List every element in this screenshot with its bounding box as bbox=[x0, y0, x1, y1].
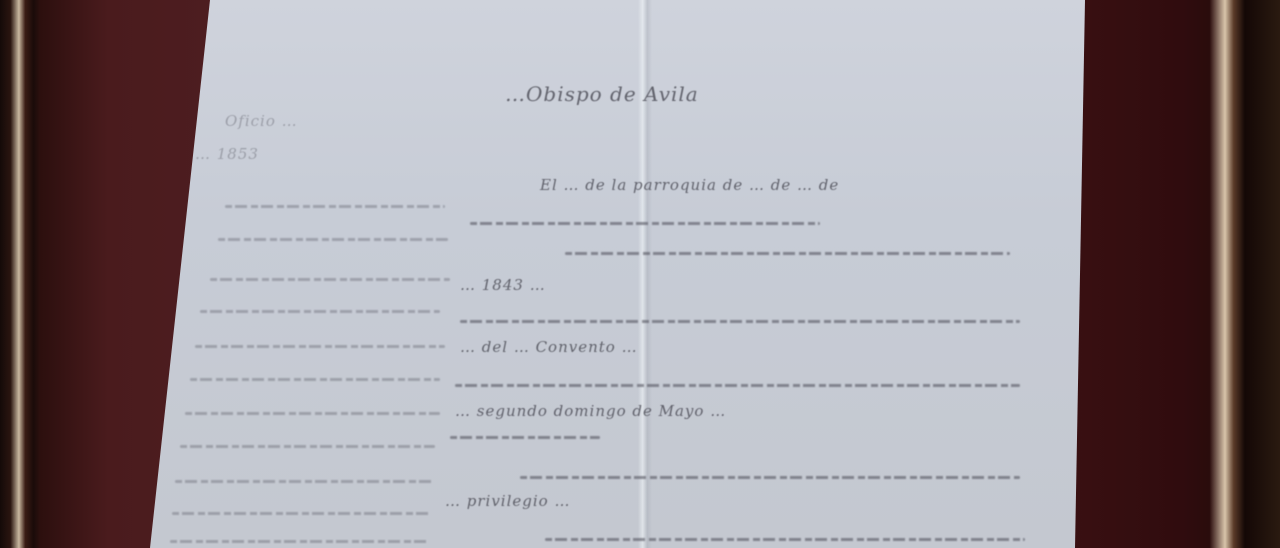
frame-right bbox=[1060, 0, 1280, 548]
body-text-line bbox=[565, 252, 1010, 255]
margin-note-line: Oficio … bbox=[225, 112, 298, 130]
margin-text-line bbox=[225, 205, 445, 208]
body-line: El … de la parroquia de … de … de bbox=[540, 176, 839, 194]
body-line: … privilegio … bbox=[445, 492, 570, 510]
margin-text-line bbox=[185, 412, 440, 415]
margin-text-line bbox=[195, 345, 445, 348]
margin-text-line bbox=[190, 378, 440, 381]
margin-text-line bbox=[172, 512, 432, 515]
margin-text-line bbox=[175, 480, 435, 483]
margin-note-line: … 1853 bbox=[195, 145, 259, 163]
document-heading: …Obispo de Avila bbox=[505, 82, 699, 106]
body-text-line bbox=[470, 222, 820, 225]
margin-text-line bbox=[200, 310, 440, 313]
margin-text-line bbox=[210, 278, 450, 281]
margin-text-line bbox=[170, 540, 430, 543]
margin-text-line bbox=[180, 445, 435, 448]
body-text-line bbox=[450, 436, 600, 439]
margin-text-line bbox=[218, 238, 448, 241]
body-line: … 1843 … bbox=[460, 276, 546, 294]
body-text-line bbox=[520, 476, 1020, 479]
body-text-line bbox=[545, 538, 1025, 541]
body-text-line bbox=[455, 384, 1020, 387]
body-text-line bbox=[460, 320, 1020, 323]
body-line: … del … Convento … bbox=[460, 338, 638, 356]
body-line: … segundo domingo de Mayo … bbox=[455, 402, 726, 420]
